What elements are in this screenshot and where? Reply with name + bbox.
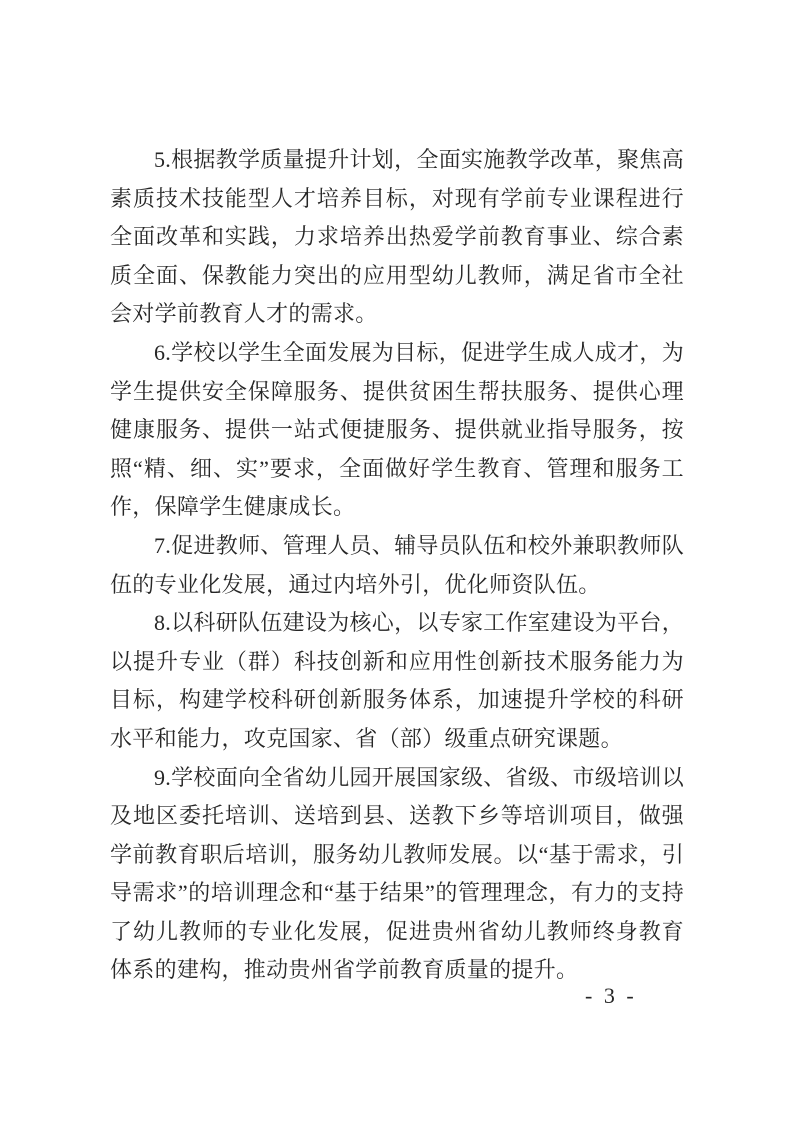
paragraph-5: 5.根据教学质量提升计划，全面实施教学改革，聚焦高素质技术技能型人才培养目标，对… xyxy=(110,141,684,334)
body-text: 5.根据教学质量提升计划，全面实施教学改革，聚焦高素质技术技能型人才培养目标，对… xyxy=(110,141,684,990)
paragraph-7: 7.促进教师、管理人员、辅导员队伍和校外兼职教师队伍的专业化发展，通过内培外引，… xyxy=(110,527,684,604)
paragraph-9: 9.学校面向全省幼儿园开展国家级、省级、市级培训以及地区委托培训、送培到县、送教… xyxy=(110,759,684,991)
paragraph-8: 8.以科研队伍建设为核心，以专家工作室建设为平台，以提升专业（群）科技创新和应用… xyxy=(110,604,684,758)
paragraph-6: 6.学校以学生全面发展为目标，促进学生成人成才，为学生提供安全保障服务、提供贫困… xyxy=(110,334,684,527)
document-page: 5.根据教学质量提升计划，全面实施教学改革，聚焦高素质技术技能型人才培养目标，对… xyxy=(0,0,793,1122)
page-number: - 3 - xyxy=(585,983,637,1009)
